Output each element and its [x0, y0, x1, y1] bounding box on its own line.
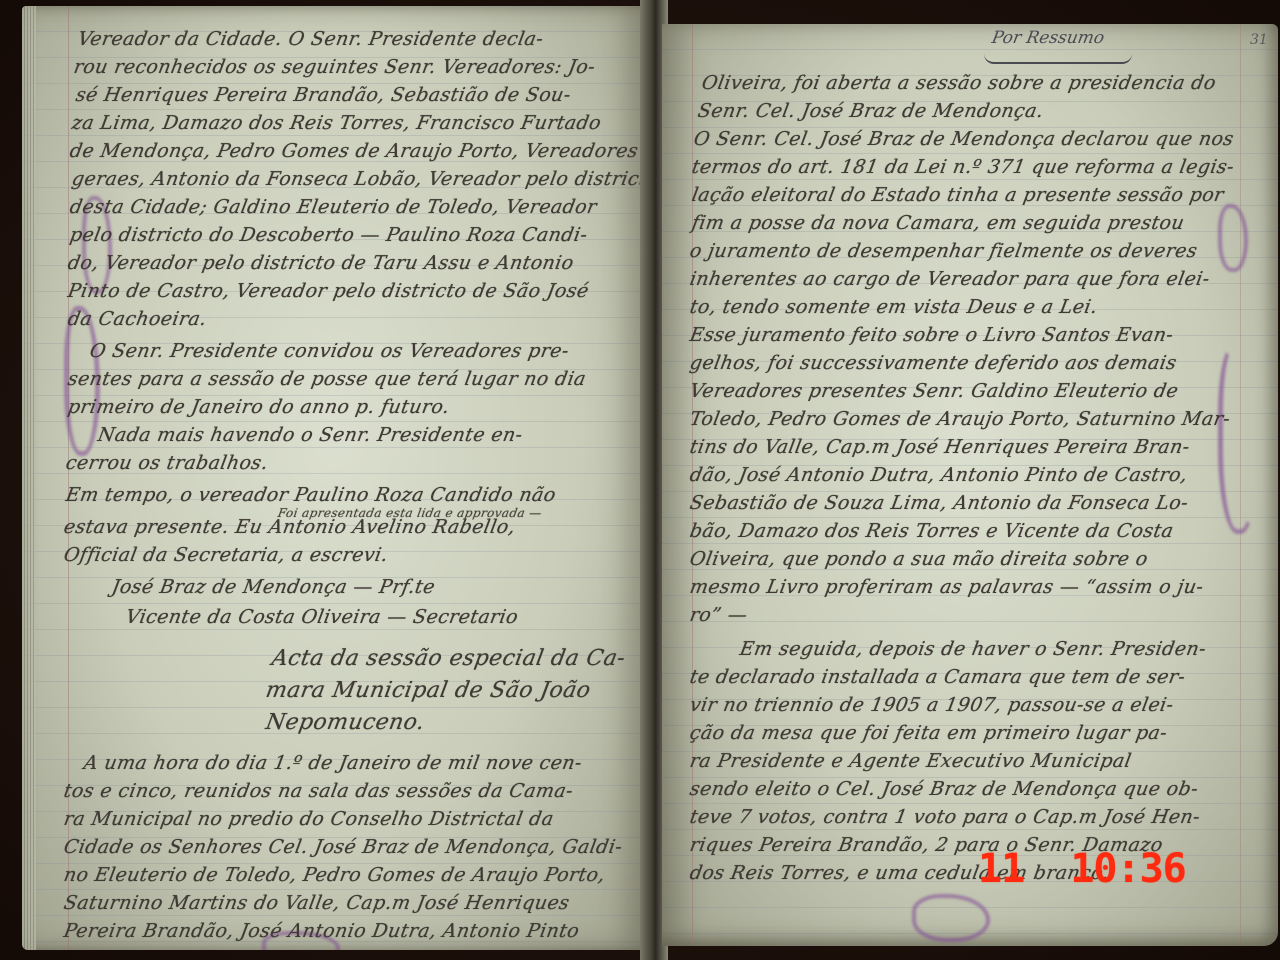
handwritten-line: mesmo Livro proferiram as palavras — “as… [688, 576, 1205, 598]
handwritten-line: gelhos, foi successivamente deferido aos… [688, 352, 1178, 374]
handwritten-line: cerrou os trabalhos. [64, 452, 270, 474]
handwritten-line: sentes para a sessão de posse que terá l… [66, 368, 588, 390]
handwritten-line: da Cachoeira. [66, 308, 209, 330]
handwritten-line: Official da Secretaria, a escrevi. [62, 544, 390, 566]
handwritten-line: ção da mesa que foi feita em primeiro lu… [688, 722, 1169, 744]
handwritten-line: Pereira Brandão, José Antonio Dutra, Ant… [62, 920, 581, 942]
handwritten-line: te declarado installada a Camara que tem… [688, 666, 1187, 688]
handwritten-line: Vereador da Cidade. O Senr. Presidente d… [76, 28, 545, 50]
handwritten-line: Esse juramento feito sobre o Livro Santo… [688, 324, 1175, 346]
handwritten-line: vir no triennio de 1905 a 1907, passou-s… [688, 694, 1175, 716]
header-note: Por Ressumo [990, 28, 1106, 48]
handwritten-line: de Mendonça, Pedro Gomes de Araujo Porto… [68, 140, 640, 162]
handwritten-line: do, Vereador pelo districto de Taru Assu… [66, 252, 576, 274]
section-title-line: mara Municipal de São João [264, 678, 593, 703]
handwritten-line: sendo eleito o Cel. José Braz de Mendonç… [688, 778, 1200, 800]
handwritten-line: teve 7 votos, contra 1 voto para o Cap.m… [688, 806, 1202, 828]
handwritten-line: tos e cinco, reunidos na sala das sessõe… [62, 780, 575, 802]
right-page: Por Ressumo 31 Oliveira, foi aberta a se… [662, 24, 1278, 946]
handwritten-line: lação eleitoral do Estado tinha a presen… [690, 184, 1226, 206]
handwritten-line: estava presente. Eu Antonio Avelino Rabe… [62, 516, 517, 538]
handwritten-line: dão, José Antonio Dutra, Antonio Pinto d… [688, 464, 1189, 486]
handwritten-line: O Senr. Cel. José Braz de Mendonça decla… [692, 128, 1236, 150]
handwritten-line: o juramento de desempenhar fielmente os … [688, 240, 1199, 262]
handwritten-line: Sebastião de Souza Lima, Antonio da Fons… [688, 492, 1190, 514]
handwritten-line: za Lima, Damazo dos Reis Torres, Francis… [70, 112, 603, 134]
purple-ink-stain [1218, 204, 1248, 272]
handwritten-line: termos do art. 181 da Lei n.º 371 que re… [690, 156, 1236, 178]
handwritten-line: Em seguida, depois de haver o Senr. Pres… [738, 638, 1208, 660]
camera-timestamp: 11 10:36 [978, 846, 1186, 892]
page-number: 31 [1250, 32, 1268, 48]
handwritten-line: ro” — [688, 604, 749, 626]
handwritten-line: fim a posse da nova Camara, em seguida p… [690, 212, 1186, 234]
handwritten-line: no Eleuterio de Toledo, Pedro Gomes de A… [62, 864, 607, 886]
handwritten-line: Em tempo, o vereador Paulino Roza Candid… [64, 484, 558, 506]
handwritten-line: bão, Damazo dos Reis Torres e Vicente da… [688, 520, 1175, 542]
handwritten-line: Oliveira, que pondo a sua mão direita so… [688, 548, 1150, 570]
handwritten-line: Saturnino Martins do Valle, Cap.m José H… [62, 892, 571, 914]
handwritten-line: Nada mais havendo o Senr. Presidente en- [96, 424, 524, 446]
left-page: Vereador da Cidade. O Senr. Presidente d… [22, 6, 646, 950]
handwritten-line: Oliveira, foi aberta a sessão sobre a pr… [700, 72, 1218, 94]
handwritten-line: Vereadores presentes Senr. Galdino Eleut… [688, 380, 1180, 402]
handwritten-line: to, tendo somente em vista Deus e a Lei. [688, 296, 1099, 318]
handwritten-line: inherentes ao cargo de Vereador para que… [688, 268, 1211, 290]
header-underline [984, 54, 1132, 64]
handwritten-line: desta Cidade; Galdino Eleuterio de Toled… [68, 196, 599, 218]
handwritten-line: Pinto de Castro, Vereador pelo districto… [66, 280, 591, 302]
handwritten-line: ra Municipal no predio do Conselho Distr… [62, 808, 555, 830]
signature-secretary: Vicente da Costa Oliveira — Secretario [124, 606, 520, 628]
section-title-line: Acta da sessão especial da Ca- [270, 646, 628, 671]
handwritten-line: rou reconhecidos os seguintes Senr. Vere… [72, 56, 597, 78]
handwritten-line: geraes, Antonio da Fonseca Lobão, Veread… [70, 168, 646, 190]
purple-ink-stain [1218, 344, 1260, 534]
handwritten-line: sé Henriques Pereira Brandão, Sebastião … [74, 84, 573, 106]
handwritten-line: pelo districto do Descoberto — Paulino R… [68, 224, 589, 246]
handwritten-line: Toledo, Pedro Gomes de Araujo Porto, Sat… [688, 408, 1232, 430]
handwritten-line: O Senr. Presidente convidou os Vereadore… [88, 340, 571, 362]
signature-president: José Braz de Mendonça — Prf.te [110, 576, 437, 598]
handwritten-line: primeiro de Janeiro do anno p. futuro. [66, 396, 451, 418]
handwritten-line: ra Presidente e Agente Executivo Municip… [688, 750, 1133, 772]
handwritten-line: tins do Valle, Cap.m José Henriques Pere… [688, 436, 1192, 458]
handwritten-line: A uma hora do dia 1.º de Janeiro de mil … [82, 752, 584, 774]
purple-ink-stain [912, 894, 990, 942]
handwritten-line: Senr. Cel. José Braz de Mendonça. [696, 100, 1045, 122]
section-title-line: Nepomuceno. [264, 710, 427, 735]
handwritten-line: Cidade os Senhores Cel. José Braz de Men… [62, 836, 624, 858]
